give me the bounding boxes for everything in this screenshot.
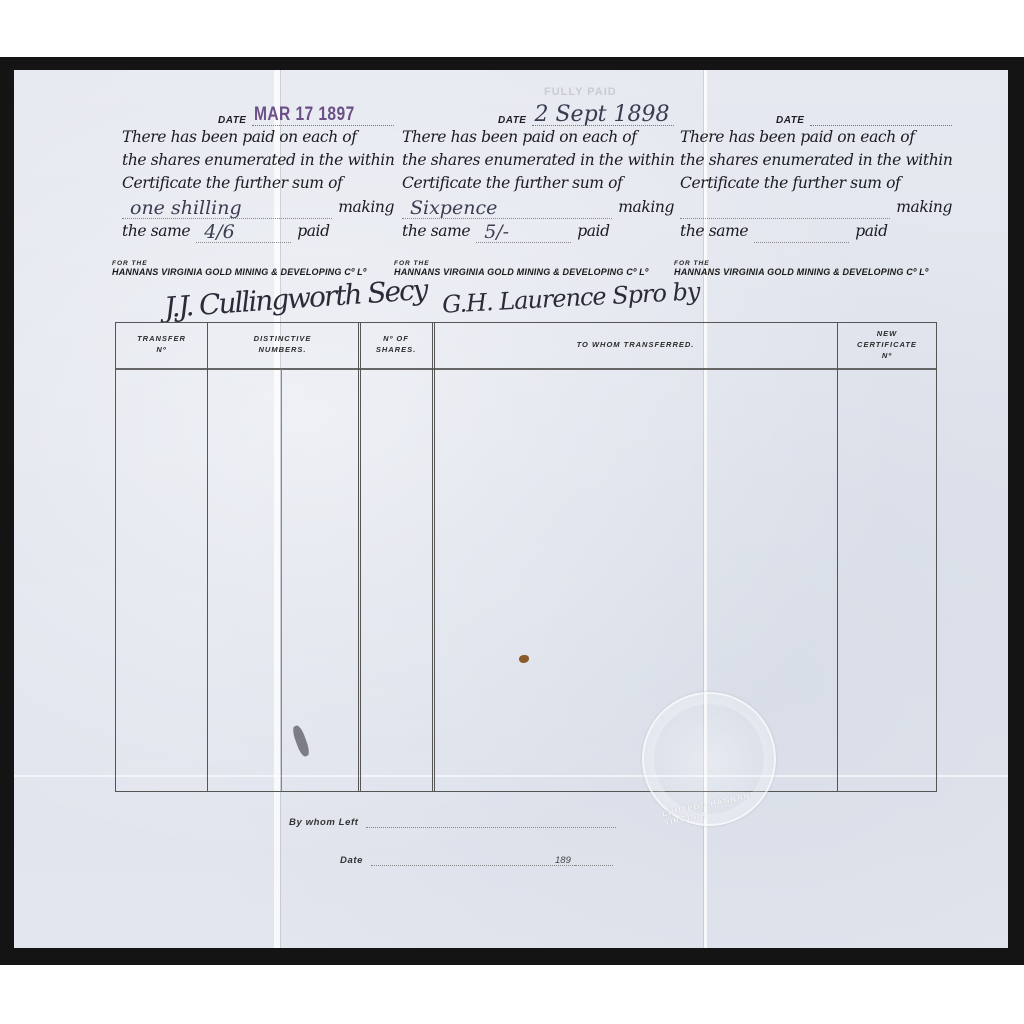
payment-block-3: DATE There has been paid on each of the … [680, 100, 952, 243]
date-label: DATE [498, 115, 526, 126]
making-label: making [896, 196, 952, 219]
embossed-company-seal-icon: LIMITED · HANNANS VIRGINIA [642, 692, 776, 826]
header-transfer-no: TRANSFER Nº [116, 333, 207, 355]
total-value: 5/- [484, 221, 509, 243]
column-subdivider [281, 369, 282, 791]
company-name: HANNANS VIRGINIA GOLD MINING & DEVELOPIN… [112, 267, 366, 278]
left-date-label: Date [340, 855, 363, 866]
company-name: HANNANS VIRGINIA GOLD MINING & DEVELOPIN… [674, 267, 928, 278]
company-attribution-1: FOR THE HANNANS VIRGINIA GOLD MINING & D… [112, 260, 380, 278]
year-prefix: 189 [555, 855, 571, 866]
total-row: the same 5/- paid [402, 219, 674, 243]
year-suffix-field[interactable] [575, 853, 613, 866]
perforated-edge [1005, 70, 1008, 948]
header-to-whom-transferred: TO WHOM TRANSFERRED. [434, 339, 837, 350]
sum-value: Sixpence [410, 197, 497, 219]
sum-value: one shilling [130, 197, 242, 219]
by-whom-left-field[interactable] [366, 815, 616, 828]
date-label: DATE [776, 115, 804, 126]
total-value: 4/6 [204, 221, 235, 243]
column-divider [358, 323, 361, 791]
date-field[interactable]: MAR 17 1897 [252, 105, 394, 126]
sum-field[interactable]: one shilling [122, 196, 332, 219]
payment-text-line: Certificate the further sum of [402, 172, 674, 195]
by-whom-left-label: By whom Left [289, 817, 358, 828]
company-attribution-2: FOR THE HANNANS VIRGINIA GOLD MINING & D… [394, 260, 662, 278]
for-the-label: FOR THE [394, 260, 662, 267]
company-attribution-3: FOR THE HANNANS VIRGINIA GOLD MINING & D… [674, 260, 942, 278]
column-divider [837, 323, 838, 791]
header-new-certificate-no: NEW CERTIFICATE Nº [837, 328, 937, 361]
date-stamp-value: MAR 17 1897 [254, 104, 355, 126]
certificate-paper: FULLY PAID DATE MAR 17 1897 There has be… [14, 70, 1008, 948]
payment-text-line: There has been paid on each of [680, 126, 952, 149]
column-divider [207, 323, 208, 791]
company-name: HANNANS VIRGINIA GOLD MINING & DEVELOPIN… [394, 267, 648, 278]
payment-text-line: Certificate the further sum of [122, 172, 394, 195]
payment-block-2: DATE 2 Sept 1898 There has been paid on … [402, 100, 674, 243]
payment-text-line: the shares enumerated in the within [680, 149, 952, 172]
date-row: DATE MAR 17 1897 [122, 100, 394, 126]
date-row: DATE 2 Sept 1898 [402, 100, 674, 126]
the-same-label: the same [402, 220, 470, 243]
paid-label: paid [297, 220, 329, 243]
total-row: the same paid [680, 219, 952, 243]
column-divider [432, 323, 435, 791]
the-same-label: the same [122, 220, 190, 243]
ghost-stamp: FULLY PAID [544, 86, 617, 98]
total-field[interactable]: 5/- [476, 220, 571, 243]
sum-field[interactable]: Sixpence [402, 196, 612, 219]
payment-text-line: the shares enumerated in the within [402, 149, 674, 172]
transfer-register-table: TRANSFER Nº DISTINCTIVE NUMBERS. Nº OF S… [115, 322, 937, 792]
payment-text-line: There has been paid on each of [402, 126, 674, 149]
header-distinctive-numbers: DISTINCTIVE NUMBERS. [207, 333, 358, 355]
the-same-label: the same [680, 220, 748, 243]
total-field[interactable]: 4/6 [196, 220, 291, 243]
date-handwritten-value: 2 Sept 1898 [534, 102, 669, 127]
payment-block-1: DATE MAR 17 1897 There has been paid on … [122, 100, 394, 243]
date-row: DATE [680, 100, 952, 126]
by-whom-left-row: By whom Left [289, 815, 616, 828]
total-row: the same 4/6 paid [122, 219, 394, 243]
sum-row: Sixpence making [402, 195, 674, 219]
sum-row: making [680, 195, 952, 219]
sum-field[interactable] [680, 196, 890, 219]
date-field[interactable] [810, 105, 952, 126]
paid-label: paid [855, 220, 887, 243]
payment-text-line: There has been paid on each of [122, 126, 394, 149]
seal-text: LIMITED · HANNANS VIRGINIA [661, 787, 774, 828]
total-field[interactable] [754, 220, 849, 243]
paid-label: paid [577, 220, 609, 243]
header-number-of-shares: Nº OF SHARES. [360, 333, 432, 355]
left-date-field[interactable] [371, 853, 581, 866]
signature-secretary: J.J. Cullingworth Secy [163, 273, 427, 324]
making-label: making [338, 196, 394, 219]
for-the-label: FOR THE [112, 260, 380, 267]
sum-row: one shilling making [122, 195, 394, 219]
payment-text-line: the shares enumerated in the within [122, 149, 394, 172]
left-date-row: Date 189 [340, 853, 613, 866]
signature-second: G.H. Laurence Spro by [441, 277, 700, 318]
date-label: DATE [218, 115, 246, 126]
date-field[interactable]: 2 Sept 1898 [532, 105, 674, 126]
making-label: making [618, 196, 674, 219]
payment-text-line: Certificate the further sum of [680, 172, 952, 195]
for-the-label: FOR THE [674, 260, 942, 267]
